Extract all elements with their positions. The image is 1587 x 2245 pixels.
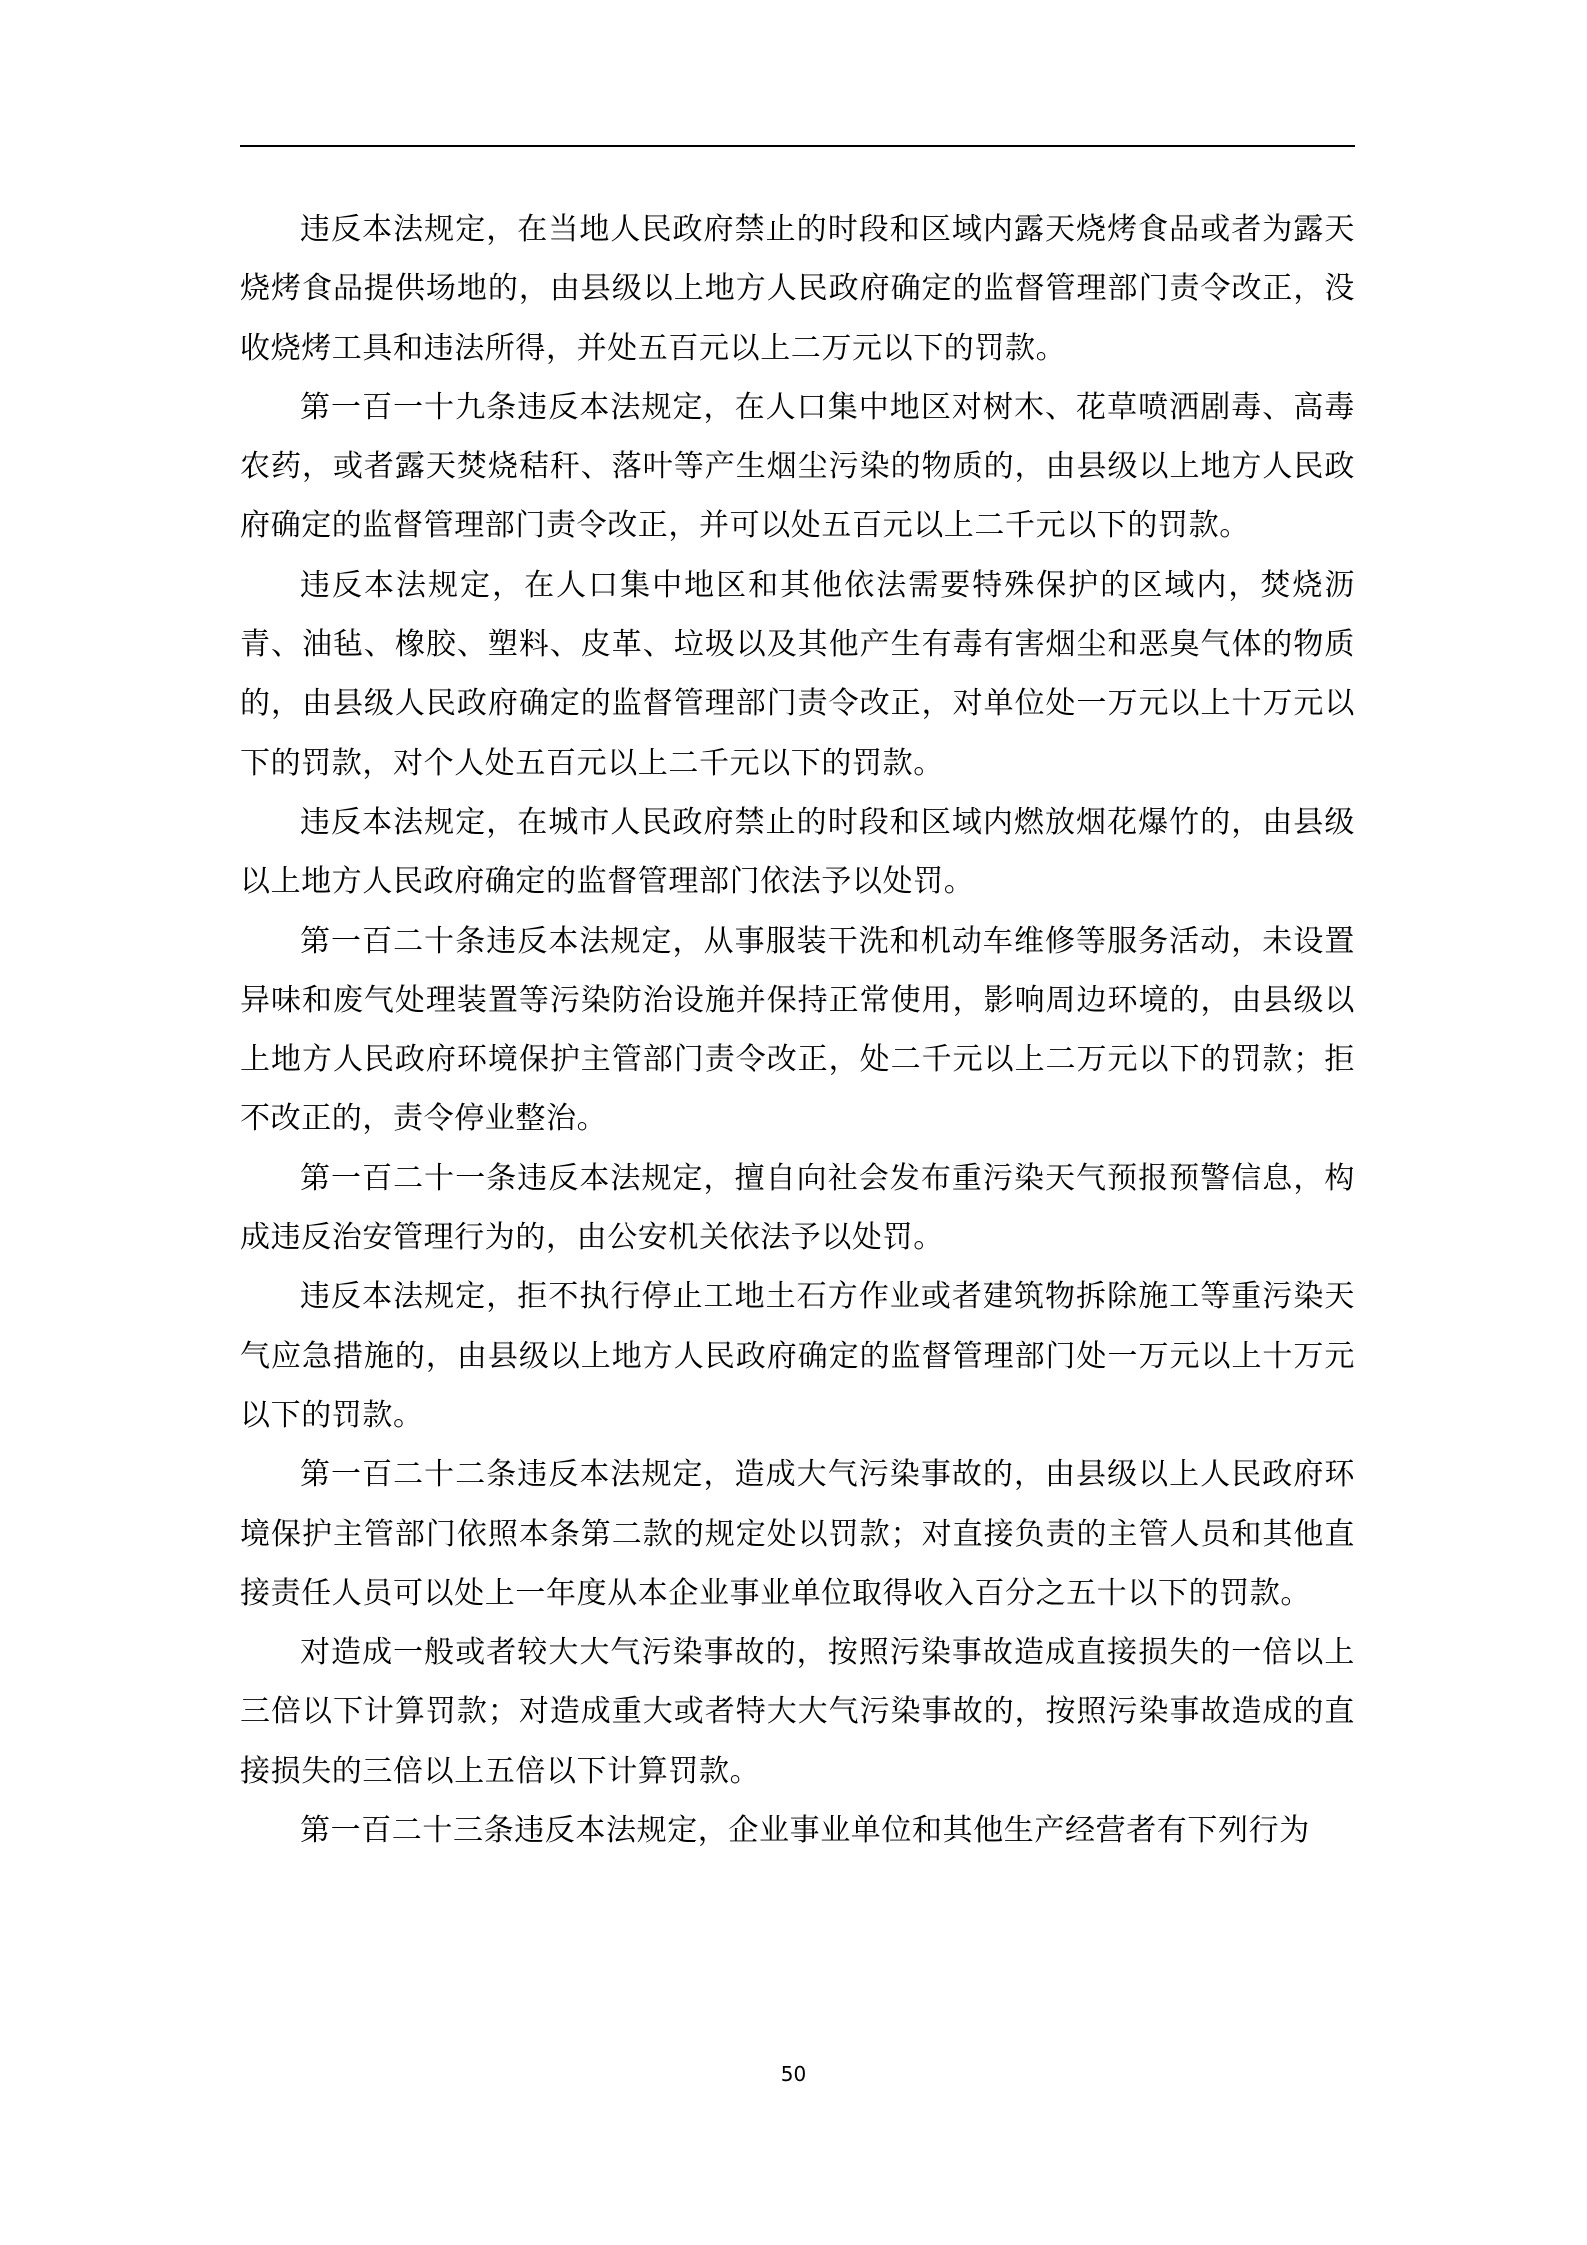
- paragraph-article-120: 第一百二十条违反本法规定，从事服装干洗和机动车维修等服务活动，未设置异味和废气处…: [240, 912, 1355, 1149]
- paragraph-outdoor-barbecue: 违反本法规定，在当地人民政府禁止的时段和区域内露天烧烤食品或者为露天烧烤食品提供…: [240, 200, 1355, 378]
- paragraph-article-122: 第一百二十二条违反本法规定，造成大气污染事故的，由县级以上人民政府环境保护主管部…: [240, 1445, 1355, 1623]
- paragraph-article-123: 第一百二十三条违反本法规定，企业事业单位和其他生产经营者有下列行为: [240, 1801, 1355, 1860]
- paragraph-emergency-measures: 违反本法规定，拒不执行停止工地土石方作业或者建筑物拆除施工等重污染天气应急措施的…: [240, 1267, 1355, 1445]
- paragraph-accident-fines: 对造成一般或者较大大气污染事故的，按照污染事故造成直接损失的一倍以上三倍以下计算…: [240, 1623, 1355, 1801]
- paragraph-fireworks: 违反本法规定，在城市人民政府禁止的时段和区域内燃放烟花爆竹的，由县级以上地方人民…: [240, 793, 1355, 912]
- document-body: 违反本法规定，在当地人民政府禁止的时段和区域内露天烧烤食品或者为露天烧烤食品提供…: [240, 200, 1355, 1860]
- paragraph-article-119: 第一百一十九条违反本法规定，在人口集中地区对树木、花草喷洒剧毒、高毒农药，或者露…: [240, 378, 1355, 556]
- page-number: 50: [0, 2062, 1587, 2086]
- paragraph-article-121: 第一百二十一条违反本法规定，擅自向社会发布重污染天气预报预警信息，构成违反治安管…: [240, 1149, 1355, 1268]
- paragraph-burning-toxic-materials: 违反本法规定，在人口集中地区和其他依法需要特殊保护的区域内，焚烧沥青、油毡、橡胶…: [240, 556, 1355, 793]
- header-rule: [240, 145, 1355, 147]
